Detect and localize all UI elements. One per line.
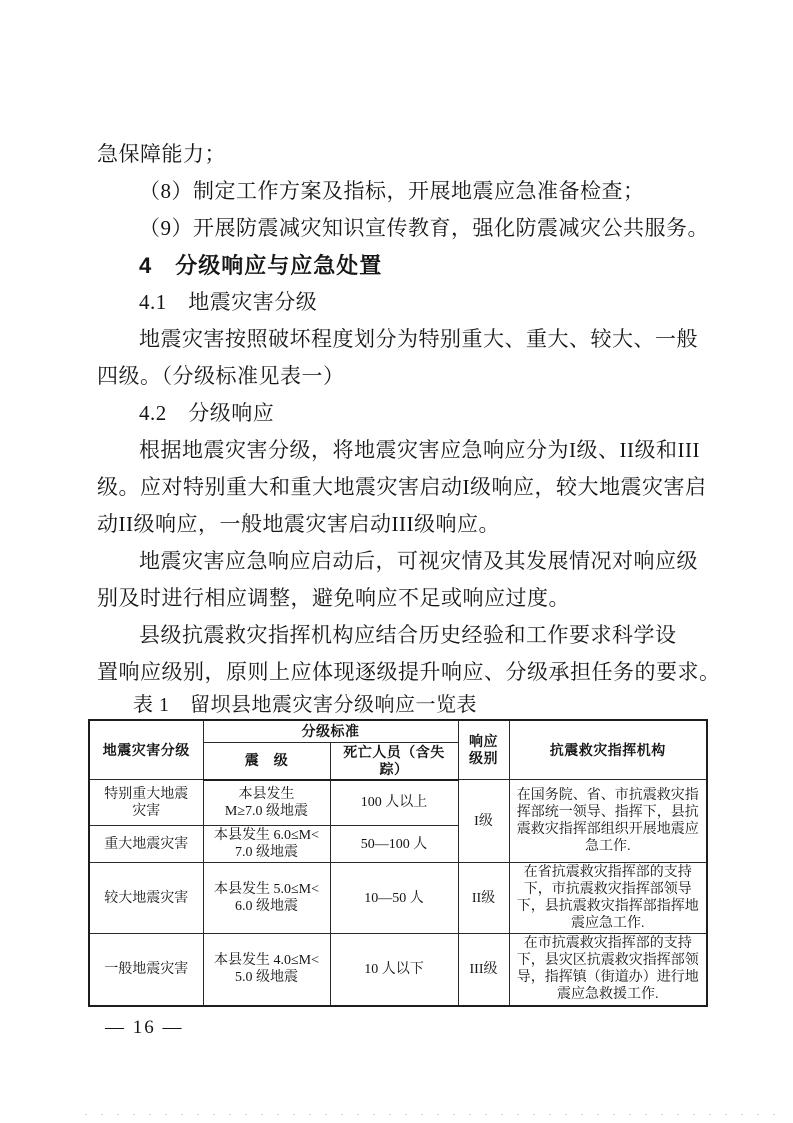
cell-deaths: 10 人以下: [330, 934, 458, 1006]
cell-magnitude: 本县发生 4.0≤M< 5.0 级地震: [203, 934, 330, 1006]
section-4-1-heading: 4.1 地震灾害分级: [97, 284, 710, 321]
th-response-level: 响应 级别: [458, 720, 509, 780]
cell-disaster: 较大地震灾害: [89, 863, 203, 934]
text-line: （9）开展防震减灾知识宣传教育，强化防震减灾公共服务。: [97, 210, 710, 247]
section-4-2-heading: 4.2 分级响应: [97, 395, 710, 432]
text-line: 置响应级别，原则上应体现逐级提升响应、分级承担任务的要求。: [97, 654, 710, 691]
text-line: 四级。（分级标准见表一）: [97, 358, 710, 395]
cell-command-org: 在市抗震救灾指挥部的支持下，县灾区抗震救灾指挥部领导，指挥镇（街道办）进行地震应…: [509, 934, 707, 1006]
text-line: 急保障能力；: [97, 136, 710, 173]
text-line: （8）制定工作方案及指标，开展地震应急准备检查；: [97, 173, 710, 210]
th-magnitude: 震 级: [203, 742, 330, 780]
table-row: 一般地震灾害 本县发生 4.0≤M< 5.0 级地震 10 人以下 III级 在…: [89, 934, 707, 1006]
cell-command-org: 在省抗震救灾指挥部的支持下，市抗震救灾指挥部领导下，县抗震救灾指挥部指挥地震应急…: [509, 863, 707, 934]
table-caption: 表 1 留坝县地震灾害分级响应一览表: [133, 691, 710, 719]
cell-response-level: II级: [458, 863, 509, 934]
table-row: 较大地震灾害 本县发生 5.0≤M< 6.0 级地震 10—50 人 II级 在…: [89, 863, 707, 934]
cell-response-level: III级: [458, 934, 509, 1006]
cell-command-org: 在国务院、省、市抗震救灾指挥部统一领导、指挥下，县抗震救灾指挥部组织开展地震应急…: [509, 780, 707, 863]
page-number: — 16 —: [105, 1017, 710, 1039]
th-deaths: 死亡人员（含失踪）: [330, 742, 458, 780]
cell-deaths: 100 人以上: [330, 780, 458, 826]
th-command-org: 抗震救灾指挥机构: [509, 720, 707, 780]
text-line: 根据地震灾害分级，将地震灾害应急响应分为I级、II级和III: [97, 432, 710, 469]
content-block: 急保障能力； （8）制定工作方案及指标，开展地震应急准备检查； （9）开展防震减…: [97, 136, 710, 1039]
table-row: 特别重大地震 灾害 本县发生 M≥7.0 级地震 100 人以上 I级 在国务院…: [89, 780, 707, 826]
text-line: 动II级响应，一般地震灾害启动III级响应。: [97, 506, 710, 543]
disaster-response-table: 地震灾害分级 分级标准 响应 级别 抗震救灾指挥机构 震 级 死亡人员（含失踪）…: [88, 719, 708, 1007]
text-line: 别及时进行相应调整，避免响应不足或响应过度。: [97, 580, 710, 617]
document-page: 急保障能力； （8）制定工作方案及指标，开展地震应急准备检查； （9）开展防震减…: [0, 0, 793, 1123]
cell-deaths: 50—100 人: [330, 826, 458, 863]
cell-disaster: 特别重大地震 灾害: [89, 780, 203, 826]
cell-response-level: I级: [458, 780, 509, 863]
text-line: 地震灾害按照破坏程度划分为特别重大、重大、较大、一般: [97, 321, 710, 358]
cell-disaster: 一般地震灾害: [89, 934, 203, 1006]
th-grading-standard: 分级标准: [203, 720, 458, 742]
th-disaster-level: 地震灾害分级: [89, 720, 203, 780]
section-4-heading: 4 分级响应与应急处置: [97, 247, 710, 284]
text-line: 级。应对特别重大和重大地震灾害启动I级响应，较大地震灾害启: [97, 469, 710, 506]
text-line: 地震灾害应急响应启动后，可视灾情及其发展情况对响应级: [97, 543, 710, 580]
cell-disaster: 重大地震灾害: [89, 826, 203, 863]
text-line: 县级抗震救灾指挥机构应结合历史经验和工作要求科学设: [97, 617, 710, 654]
scan-noise-line: [85, 1114, 783, 1115]
cell-magnitude: 本县发生 5.0≤M< 6.0 级地震: [203, 863, 330, 934]
cell-deaths: 10—50 人: [330, 863, 458, 934]
cell-magnitude: 本县发生 6.0≤M< 7.0 级地震: [203, 826, 330, 863]
cell-magnitude: 本县发生 M≥7.0 级地震: [203, 780, 330, 826]
